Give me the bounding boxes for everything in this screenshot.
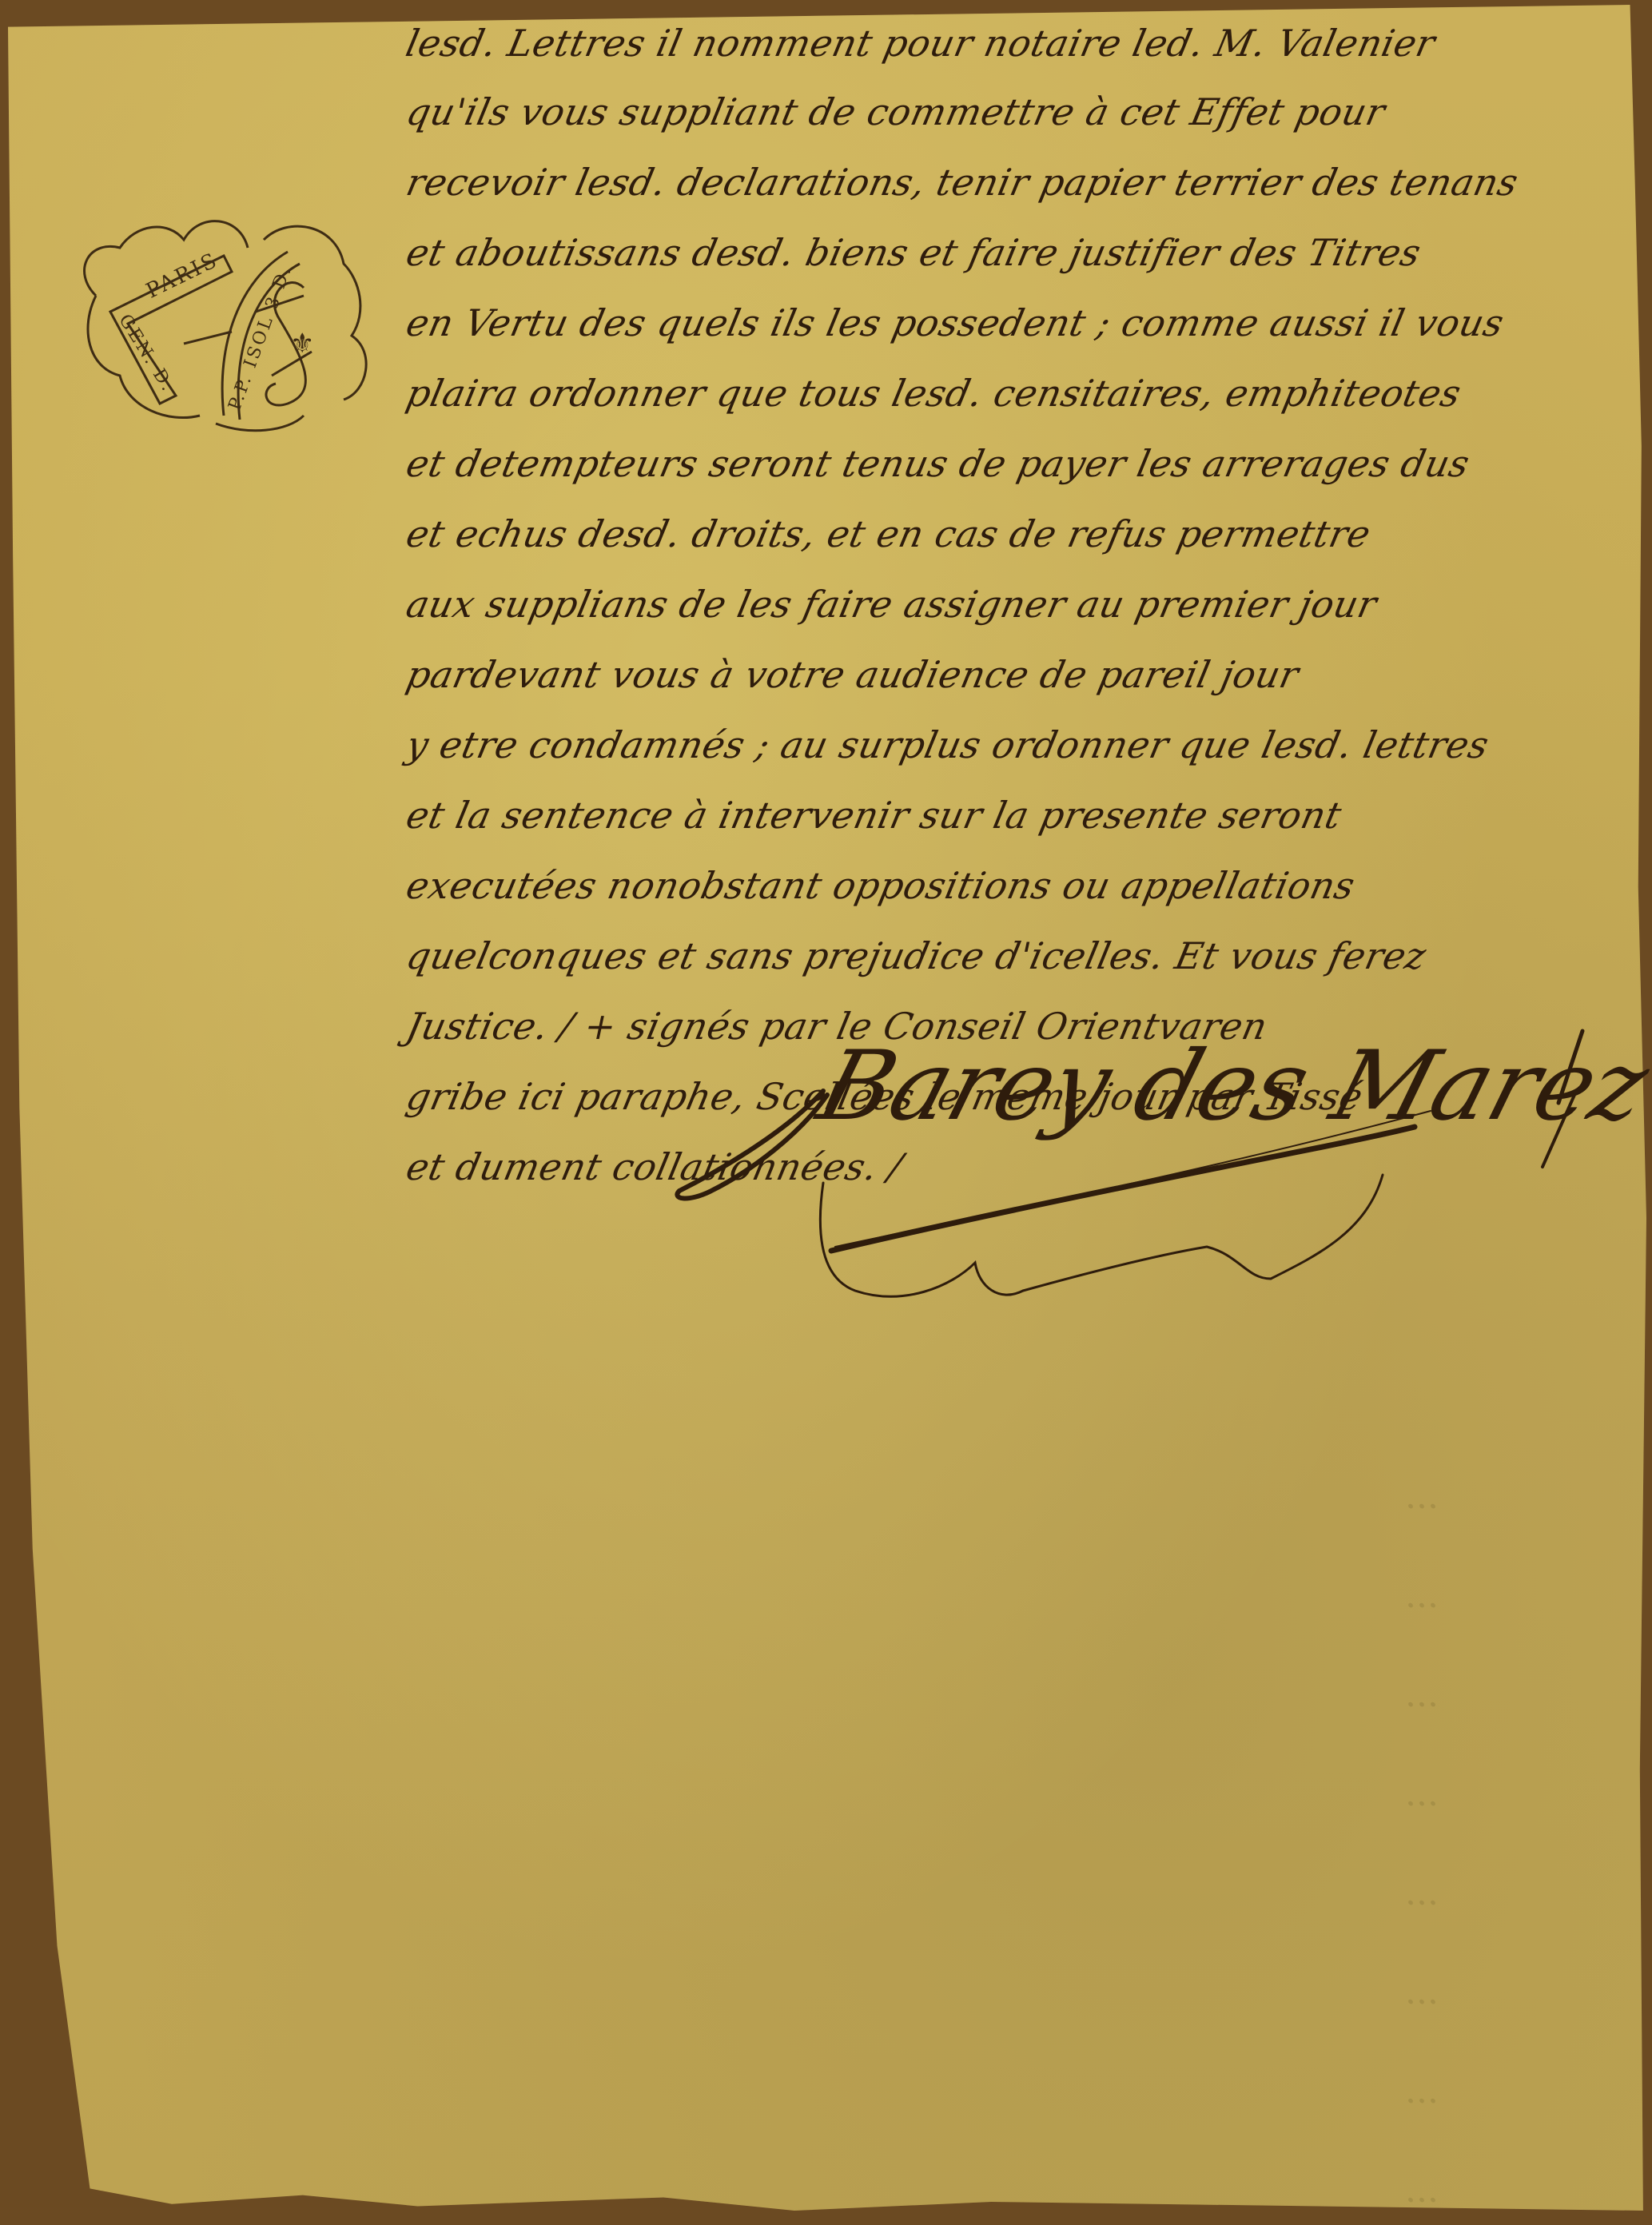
text-line: aux supplians de les faire assigner au p… — [400, 569, 1646, 639]
text-line: et la sentence à intervenir sur la prese… — [400, 780, 1646, 850]
bleed-line: ... — [919, 1571, 1439, 1621]
signature-block: Barey des Marez — [663, 1015, 1646, 1319]
text-line: recevoir lesd. declarations, tenir papie… — [400, 147, 1646, 217]
text-line: et detempteurs seront tenus de payer les… — [400, 428, 1646, 499]
bleed-through-text: ... ... ... ... ... ... ... ... — [919, 1423, 1439, 1870]
text-line: en Vertu des quels ils les possedent ; c… — [400, 288, 1646, 358]
bleed-line: ... — [919, 1869, 1439, 1918]
text-line: lesd. Lettres il nomment pour notaire le… — [400, 8, 1645, 77]
bleed-line: ... — [919, 1472, 1439, 1522]
bleed-line: ... — [919, 1670, 1439, 1720]
text-line: y etre condamnés ; au surplus ordonner q… — [400, 710, 1646, 780]
bleed-line: ... — [919, 2067, 1439, 2116]
text-line: plaira ordonner que tous lesd. censitair… — [400, 358, 1646, 428]
embossed-stamp: PARIS GEN. D. P.P. ISOL 3 D. ⚜ — [64, 208, 384, 440]
text-line: executées nonobstant oppositions ou appe… — [400, 850, 1646, 921]
paraph-flourish-icon — [663, 1015, 1646, 1319]
text-line: qu'ils vous suppliant de commettre à cet… — [400, 77, 1646, 147]
bleed-line: ... — [919, 1968, 1439, 2017]
text-line: pardevant vous à votre audience de parei… — [400, 639, 1646, 710]
text-line: quelconques et sans prejudice d'icelles.… — [400, 921, 1646, 991]
stamp-ornament-icon — [64, 208, 384, 440]
bleed-line: ... — [919, 1769, 1439, 1819]
fleur-de-lis-icon: ⚜ — [290, 328, 316, 360]
text-line: et echus desd. droits, et en cas de refu… — [400, 499, 1646, 569]
bleed-line: ... — [919, 2166, 1439, 2215]
text-line: et aboutissans desd. biens et faire just… — [400, 217, 1646, 288]
